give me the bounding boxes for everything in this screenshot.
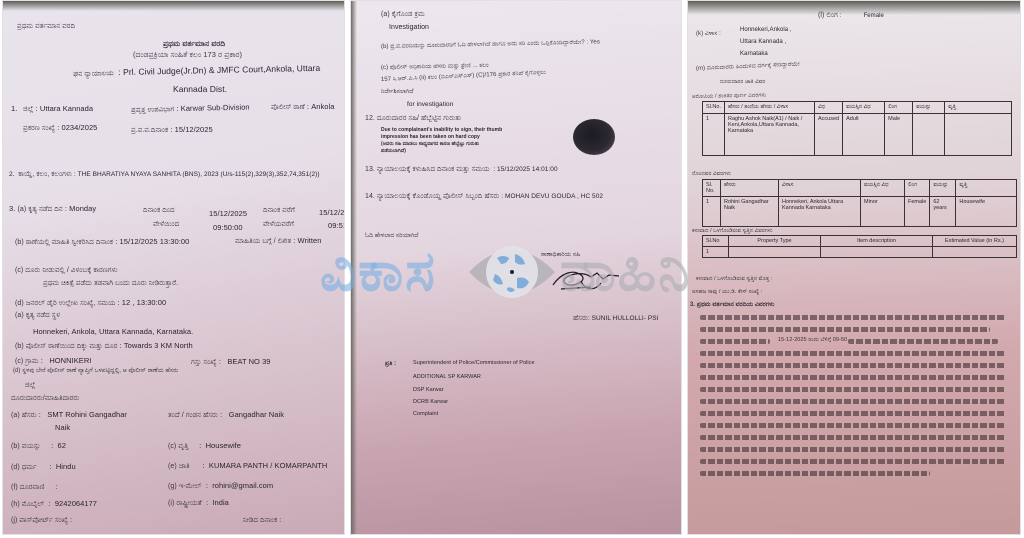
property-table: Sl.No Property Type Item description Est…	[702, 235, 1017, 258]
officer-direction-line2: 157 ಸಿ.ಆರ್.ಪಿ.ಸಿ (ii) ಕಲಂ (ಬಿಎನ್‌ಎಸ್‌ಎಸ್…	[381, 70, 546, 84]
page-subtitle: (ದಂಡಪ್ರಕ್ರಿಯಾ ಸಂಹಿತೆ ಕಲಂ 173 ರ ಪ್ರಕಾರ)	[133, 50, 242, 60]
court-value: Prl. Civil Judge(Jr.Dn) & JMFC Court,Ank…	[123, 63, 320, 77]
inquest-label: ಅಸಹಜ ಸಾವು / ಯು.ಡಿ. ಕೇಸ್ ಸಂಖ್ಯೆ :	[692, 289, 762, 296]
info-received-field: (b) ಠಾಣೆಯಲ್ಲಿ ಮಾಹಿತಿ ಸ್ವೀಕರಿಸಿದ ದಿನಾಂಕ :…	[15, 237, 189, 247]
delay-reason-label: (c) ದೂರು ನೀಡುವಲ್ಲಿ / ವಿಳಂಬಕ್ಕೆ ಕಾರಣಗಳು	[15, 267, 118, 275]
address-line: Uttara Kannada ,	[740, 39, 786, 45]
table-row: 1 Raghu Ashok Naik(A1) / Naik / Keni,Ank…	[703, 114, 1012, 156]
delay-reason-value: ಪ್ರಥಮ ಚಿಕಿತ್ಸೆ ಪಡೆದು ತಡವಾಗಿ ಬಂದು ದೂರು ನೀ…	[43, 280, 178, 288]
sex-field: (l) ಲಿಂಗ : Female	[818, 12, 884, 20]
fir-page-2: (a) ಕೈಗೊಂಡ ಕ್ರಮ Investigation (b) ಪ್ರ.ವ.…	[350, 0, 682, 535]
passport-field: (j) ಪಾಸ್‌ಪೋರ್ಟ್ ಸಂಖ್ಯೆ :	[11, 517, 72, 525]
village-field: (c) ಗ್ರಾಮ : HONNIKERI	[15, 356, 91, 366]
officer-direction-line4: for investigation	[407, 101, 453, 108]
caste-field: (e) ಜಾತಿ : KUMARA PANTH / KOMARPANTH	[168, 461, 327, 471]
details-heading: 3. ಪ್ರಥಮ ವರ್ತಮಾನ ವರದಿಯ ವಿವರಗಳು	[690, 302, 774, 309]
photo-edge-shadow	[3, 1, 344, 11]
date-to-value: 15/12/2025	[319, 208, 345, 217]
action-value: Investigation	[389, 24, 429, 31]
station-field: ಪೊಲೀಸ್ ಠಾಣೆ : Ankola	[271, 102, 334, 112]
fir-number-field: ಪ್ರಕರಣ ಸಂಖ್ಯೆ : 0234/2025	[23, 123, 97, 133]
direction-field: (b) ಪೊಲೀಸ್ ಠಾಣೆಯಿಂದ ದಿಕ್ಕು ಮತ್ತು ದೂರ : T…	[15, 341, 193, 351]
fir-document-collage: ಪ್ರಥಮ ವರ್ತಮಾನ ವರದಿ ಪ್ರಥಮ ವರ್ತಮಾನ ವರದಿ (ದ…	[0, 0, 1024, 538]
occupation-field: (c) ವೃತ್ತಿ : Housewife	[168, 441, 241, 451]
copy-item: ADDITIONAL SP KARWAR	[413, 374, 481, 380]
officer-field: 14. ನ್ಯಾಯಾಲಯಕ್ಕೆ ಕೊಂಡೊಯ್ದ ಪೊಲೀಸ್ ಸಿಬ್ಬಂದ…	[365, 193, 603, 201]
signature-title: ಠಾಣಾಧಿಕಾರಿಯ ಸಹಿ	[541, 252, 580, 259]
email-field: (g) ಇ-ಮೇಲ್ : rohini@gmail.com	[168, 481, 273, 491]
fir-page-3: (l) ಲಿಂಗ : Female (k) ವಿಳಾಸ : Honnekeri,…	[687, 0, 1021, 535]
copy-item: DSP Karwar	[413, 387, 444, 393]
table-header-row: Sl. No. ಹೆಸರು ವಿಳಾಸ ವಯಸ್ಸಿನ ವಿಧ ಲಿಂಗ ವಯಸ…	[703, 180, 1017, 197]
beat-field: ಗಸ್ತು ಸಂಖ್ಯೆ : BEAT NO 39	[191, 357, 271, 367]
religion-field: (d) ಧರ್ಮ : Hindu	[11, 462, 76, 472]
address-line: Karnataka	[740, 51, 768, 57]
copy-item: DCRB Karwar	[413, 399, 448, 405]
act-field: 2. ಕಾಯ್ದೆ, ಕಲಂ, ಕಲಂಗಳು : THE BHARATIYA N…	[9, 171, 320, 179]
officer-direction-line3: ನಿರ್ದೇಶಿಸಲಾಗಿದೆ	[381, 89, 414, 96]
issue-date-field: ನೀಡಿದ ದಿನಾಂಕ :	[243, 517, 281, 525]
nationality-field: (i) ರಾಷ್ಟ್ರೀಯತೆ : India	[168, 498, 229, 508]
complainant-name-line2: Naik	[55, 423, 70, 432]
subdivision-field: ಪ್ರವೃತ್ತ ಉಪವಿಭಾಗ : Karwar Sub-Division	[131, 103, 250, 115]
narrative-date: 15-12-2025 ರಂದು ಬೆಳಿಗ್ಗೆ 09-50	[778, 337, 847, 344]
father-name-field: ತಂದೆ / ಗಂಡನ ಹೆಸರು : Gangadhar Naik	[168, 410, 284, 420]
phone-field: (f) ದೂರವಾಣಿ :	[11, 482, 57, 492]
victim-table: Sl. No. ಹೆಸರು ವಿಳಾಸ ವಯಸ್ಸಿನ ವಿಧ ಲಿಂಗ ವಯಸ…	[702, 179, 1017, 227]
action-label: (a) ಕೈಗೊಂಡ ಕ್ರಮ	[381, 11, 425, 19]
copies-label: ಪ್ರತಿ :	[385, 361, 396, 368]
signatory-name: ಹೆಸರು: SUNIL HULLOLLI- PSI	[573, 315, 658, 323]
time-from-value: 09:50:00	[213, 223, 243, 232]
table-header-row: Sl.No. ಹೆಸರು / ತಂದೆಯ ಹೆಸರು / ವಿಳಾಸ ವಿಧ ವ…	[703, 102, 1012, 114]
complainant-heading: ದೂರುದಾರರು/ಮಾಹಿತಿದಾರರು	[11, 395, 79, 403]
date-from-value: 15/12/2025	[209, 209, 247, 218]
officer-direction-line1: (c) ಪೊಲೀಸ್ ಅಧಿಕಾರಿಯ ಹೆಸರು ಮತ್ತು ಶ್ರೇಣಿ .…	[381, 63, 489, 72]
officer-signature	[551, 263, 621, 293]
dispatch-field: 13. ನ್ಯಾಯಾಲಯಕ್ಕೆ ಕಳುಹಿಸಿದ ದಿನಾಂಕ ಮತ್ತು ಸ…	[365, 166, 558, 174]
copy-item: Complaint	[413, 411, 438, 417]
table-row: 1 Rohini Gangadhar Naik Honnekeri, Ankol…	[703, 197, 1017, 227]
occurrence-day-field: 3. (a) ಕೃತ್ಯ ನಡೆದ ದಿನ : Monday	[9, 204, 96, 214]
top-left-note: ಪ್ರಥಮ ವರ್ತಮಾನ ವರದಿ	[17, 23, 75, 31]
backward-class-label: (m) ದೂರುದಾರರು ಹಿಂದುಳಿದ ವರ್ಗಕ್ಕೆ ಸೇರಿದ್ದಾ…	[696, 61, 800, 73]
property-total-label: ಕಳುವಾದ / ಒಳಗೊಂಡಿರುವ ಸ್ವತ್ತಿನ ಮೊತ್ತ :	[696, 276, 773, 283]
court-value-line2: Kannada Dist.	[173, 84, 227, 94]
mobile-field: (h) ಮೊಬೈಲ್ : 9242064177	[11, 499, 97, 509]
fir-date-field: ಪ್ರ.ವ.ವ.ದಿನಾಂಕ : 15/12/2025	[131, 125, 213, 135]
complainant-name-field: (a) ಹೆಸರು : SMT Rohini Gangadhar	[11, 410, 127, 420]
read-over-label: (b) ಪ್ರ.ವ.ವರದಿಯನ್ನು ದೂರುದಾರರಿಗೆ ಓದಿ ಹೇಳಲ…	[381, 35, 671, 53]
copy-note: ಓದಿ ಹೇಳಲಾದ ಸರಿಯಾಗಿದೆ	[365, 233, 418, 240]
property-heading: ಕಳುವಾದ / ಒಳಗೊಂಡಿರುವ ಸ್ವತ್ತಿನ ವಿವರಗಳು	[692, 228, 773, 235]
thumb-impression	[573, 119, 615, 155]
time-to-value: 09:51	[328, 221, 345, 230]
accused-table: Sl.No. ಹೆಸರು / ತಂದೆಯ ಹೆಸರು / ವಿಳಾಸ ವಿಧ ವ…	[702, 101, 1012, 156]
table-header-row: Sl.No Property Type Item description Est…	[703, 236, 1017, 247]
accused-heading: ಆರೋಪಿಯ / ಶಂಕಿತರ ಪೂರ್ಣ ವಿವರಗಳು	[692, 92, 766, 101]
info-type-field: ಮಾಹಿತಿಯ ಬಗ್ಗೆ / ಲಿಖಿತ : Written	[235, 236, 322, 246]
place-value: Honnekeri, Ankola, Uttara Kannada, Karna…	[33, 327, 193, 336]
district-field: ಜಿಲ್ಲೆ : Uttara Kannada	[23, 104, 93, 114]
gd-reference-field: (d) ಜನರಲ್ ಡೈರಿ ಉಲ್ಲೇಖ ಸಂಖ್ಯೆ, ಸಮಯ : 12 ,…	[15, 298, 166, 308]
court-line: ಘನ ನ್ಯಾಯಾಲಯ : Prl. Civil Judge(Jr.Dn) & …	[73, 58, 321, 81]
victim-heading: ನೊಂದವರ ವಿವರಗಳು	[692, 171, 731, 178]
copy-item: Superintendent of Police/Commissioner of…	[413, 360, 535, 366]
fir-page-1: ಪ್ರಥಮ ವರ್ತಮಾನ ವರದಿ ಪ್ರಥಮ ವರ್ತಮಾನ ವರದಿ (ದ…	[2, 0, 345, 535]
place-label: (a) ಕೃತ್ಯ ನಡೆದ ಸ್ಥಳ	[15, 312, 60, 320]
table-row: 1	[703, 247, 1017, 258]
page-title: ಪ್ರಥಮ ವರ್ತಮಾನ ವರದಿ	[163, 39, 225, 49]
address-line: Honnekeri,Ankola ,	[740, 27, 792, 33]
complainant-signature-heading: 12. ದೂರುದಾರರ ಸಹಿ/ ಹೆಬ್ಬೆಟ್ಟಿನ ಗುರುತು	[365, 115, 461, 123]
address-label: (k) ವಿಳಾಸ :	[696, 31, 721, 38]
age-field: (b) ವಯಸ್ಸು : 62	[11, 441, 66, 451]
outside-station-label: (d) ಸ್ಥಳವು ಬೇರೆ ಪೊಲೀಸ್ ಠಾಣೆ ವ್ಯಾಪ್ತಿಗೆ ಒ…	[13, 368, 178, 375]
